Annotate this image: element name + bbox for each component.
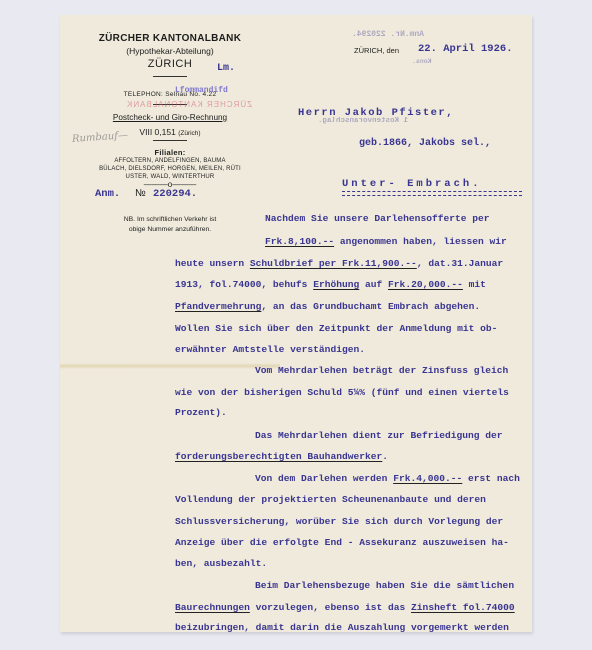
- body-line: Von dem Darlehen werden Frk.4,000.-- ers…: [255, 473, 520, 484]
- underlined-phrase: Frk.4,000.--: [393, 473, 462, 484]
- body-line: erwähnter Amtstelle verständigen.: [175, 344, 365, 355]
- reference-number: 220294.: [153, 188, 197, 200]
- body-line: heute unsern Schuldbrief per Frk.11,900.…: [175, 258, 503, 269]
- paper-stain: [60, 363, 280, 369]
- body-line: Vom Mehrdarlehen beträgt der Zinsfuss gl…: [255, 365, 508, 376]
- reference-label: Anm.: [95, 188, 120, 200]
- body-text: wie von der bisherigen Schuld 5¼% (fünf …: [175, 387, 509, 398]
- letterhead-rule: [153, 140, 187, 141]
- initials-mark: Lm.: [217, 63, 235, 74]
- body-text: ben, ausbezahlt.: [175, 558, 267, 569]
- body-line: Nachdem Sie unsere Darlehensofferte per: [265, 213, 490, 224]
- account-note: (Zürich): [178, 130, 200, 137]
- body-text: , an das Grundbuchamt Embrach abgehen.: [261, 301, 480, 312]
- body-text: erwähnter Amtstelle verständigen.: [175, 344, 365, 355]
- body-text: 1913, fol.74000, behufs: [175, 279, 313, 290]
- body-line: Prozent).: [175, 407, 227, 418]
- letterhead-rule: [153, 76, 187, 77]
- body-text: beizubringen, damit darin die Auszahlung…: [175, 622, 509, 633]
- body-text: Prozent).: [175, 407, 227, 418]
- underlined-phrase: Frk.8,100.--: [265, 236, 334, 247]
- bleed-through-mark: Kons.: [412, 58, 432, 65]
- body-line: Frk.8,100.-- angenommen haben, liessen w…: [265, 236, 507, 247]
- body-line: 1913, fol.74000, behufs Erhöhung auf Frk…: [175, 279, 486, 290]
- recipient-place-underline: [342, 191, 522, 196]
- underlined-phrase: Erhöhung: [313, 279, 359, 290]
- account-number: VIII 0,151: [139, 127, 175, 137]
- body-line: ben, ausbezahlt.: [175, 558, 267, 569]
- body-text: heute unsern: [175, 258, 250, 269]
- body-line: Baurechnungen vorzulegen, ebenso ist das…: [175, 602, 515, 613]
- body-text: mit: [463, 279, 486, 290]
- body-line: Beim Darlehensbezuge haben Sie die sämtl…: [255, 580, 514, 591]
- body-text: Beim Darlehensbezuge haben Sie die sämtl…: [255, 580, 514, 591]
- nb-line: obige Nummer anzuführen.: [70, 225, 270, 235]
- typed-stamp: Lfommandifd: [175, 86, 228, 95]
- underlined-phrase: forderungsberechtigten Bauhandwerker: [175, 451, 382, 462]
- body-line: beizubringen, damit darin die Auszahlung…: [175, 622, 509, 633]
- postcheck-line: Postcheck- und Giro-Rechnung: [70, 113, 270, 122]
- nb-note: NB. Im schriftlichen Verkehr ist obige N…: [70, 215, 270, 235]
- body-text: Vollendung der projektierten Scheunenanb…: [175, 494, 486, 505]
- underlined-phrase: Baurechnungen: [175, 602, 250, 613]
- underlined-phrase: Schuldbrief per Frk.11,900.--: [250, 258, 417, 269]
- body-line: Wollen Sie sich über den Zeitpunkt der A…: [175, 323, 497, 334]
- bleed-through-recipient: 1 Kostenvoranschlag.: [318, 117, 408, 125]
- body-text: Schlussversicherung, worüber Sie sich du…: [175, 516, 503, 527]
- underlined-phrase: Zinsheft fol.74000: [411, 602, 515, 613]
- body-line: Vollendung der projektierten Scheunenanb…: [175, 494, 486, 505]
- body-text: vorzulegen, ebenso ist das: [250, 602, 411, 613]
- underlined-phrase: Frk.20,000.--: [388, 279, 463, 290]
- body-text: .: [382, 451, 388, 462]
- body-text: Vom Mehrdarlehen beträgt der Zinsfuss gl…: [255, 365, 508, 376]
- body-line: Pfandvermehrung, an das Grundbuchamt Emb…: [175, 301, 480, 312]
- letter-date: 22. April 1926.: [418, 43, 513, 55]
- underlined-phrase: Pfandvermehrung: [175, 301, 261, 312]
- body-text: Nachdem Sie unsere Darlehensofferte per: [265, 213, 490, 224]
- body-text: auf: [359, 279, 388, 290]
- bank-name: ZÜRCHER KANTONALBANK: [70, 33, 270, 44]
- bank-city: ZÜRICH: [70, 58, 270, 70]
- branches-title: Filialen:: [70, 148, 270, 157]
- red-stamp: ZÜRCHER KANTONALBANK: [104, 100, 274, 109]
- body-text: angenommen haben, liessen wir: [334, 236, 507, 247]
- body-text: erst nach: [462, 473, 520, 484]
- recipient-place: Unter- Embrach.: [342, 178, 482, 190]
- branches-line: AFFOLTERN, ANDELFINGEN, BAUMA: [70, 158, 270, 164]
- reference-symbol: №: [135, 188, 146, 199]
- bleed-through-reference: Anm.Nr. 220294.: [352, 30, 424, 39]
- body-text: Von dem Darlehen werden: [255, 473, 393, 484]
- body-text: , dat.31.Januar: [417, 258, 503, 269]
- body-line: Schlussversicherung, worüber Sie sich du…: [175, 516, 503, 527]
- recipient-birth: geb.1866, Jakobs sel.,: [359, 138, 491, 149]
- nb-line: NB. Im schriftlichen Verkehr ist: [70, 215, 270, 225]
- date-place-label: ZÜRICH, den: [354, 46, 399, 55]
- body-text: Das Mehrdarlehen dient zur Befriedigung …: [255, 430, 503, 441]
- bank-department: (Hypothekar-Abteilung): [70, 46, 270, 56]
- body-line: Das Mehrdarlehen dient zur Befriedigung …: [255, 430, 503, 441]
- body-text: Wollen Sie sich über den Zeitpunkt der A…: [175, 323, 497, 334]
- telephone-line: TELEPHON: Selnau No. 4.22: [70, 91, 270, 98]
- branches-line: BÜLACH, DIELSDORF, HORGEN, MEILEN, RÜTI: [70, 166, 270, 172]
- body-line: Anzeige über die erfolgte End - Assekura…: [175, 537, 509, 548]
- body-text: Anzeige über die erfolgte End - Assekura…: [175, 537, 509, 548]
- body-line: wie von der bisherigen Schuld 5¼% (fünf …: [175, 387, 509, 398]
- body-line: forderungsberechtigten Bauhandwerker.: [175, 451, 388, 462]
